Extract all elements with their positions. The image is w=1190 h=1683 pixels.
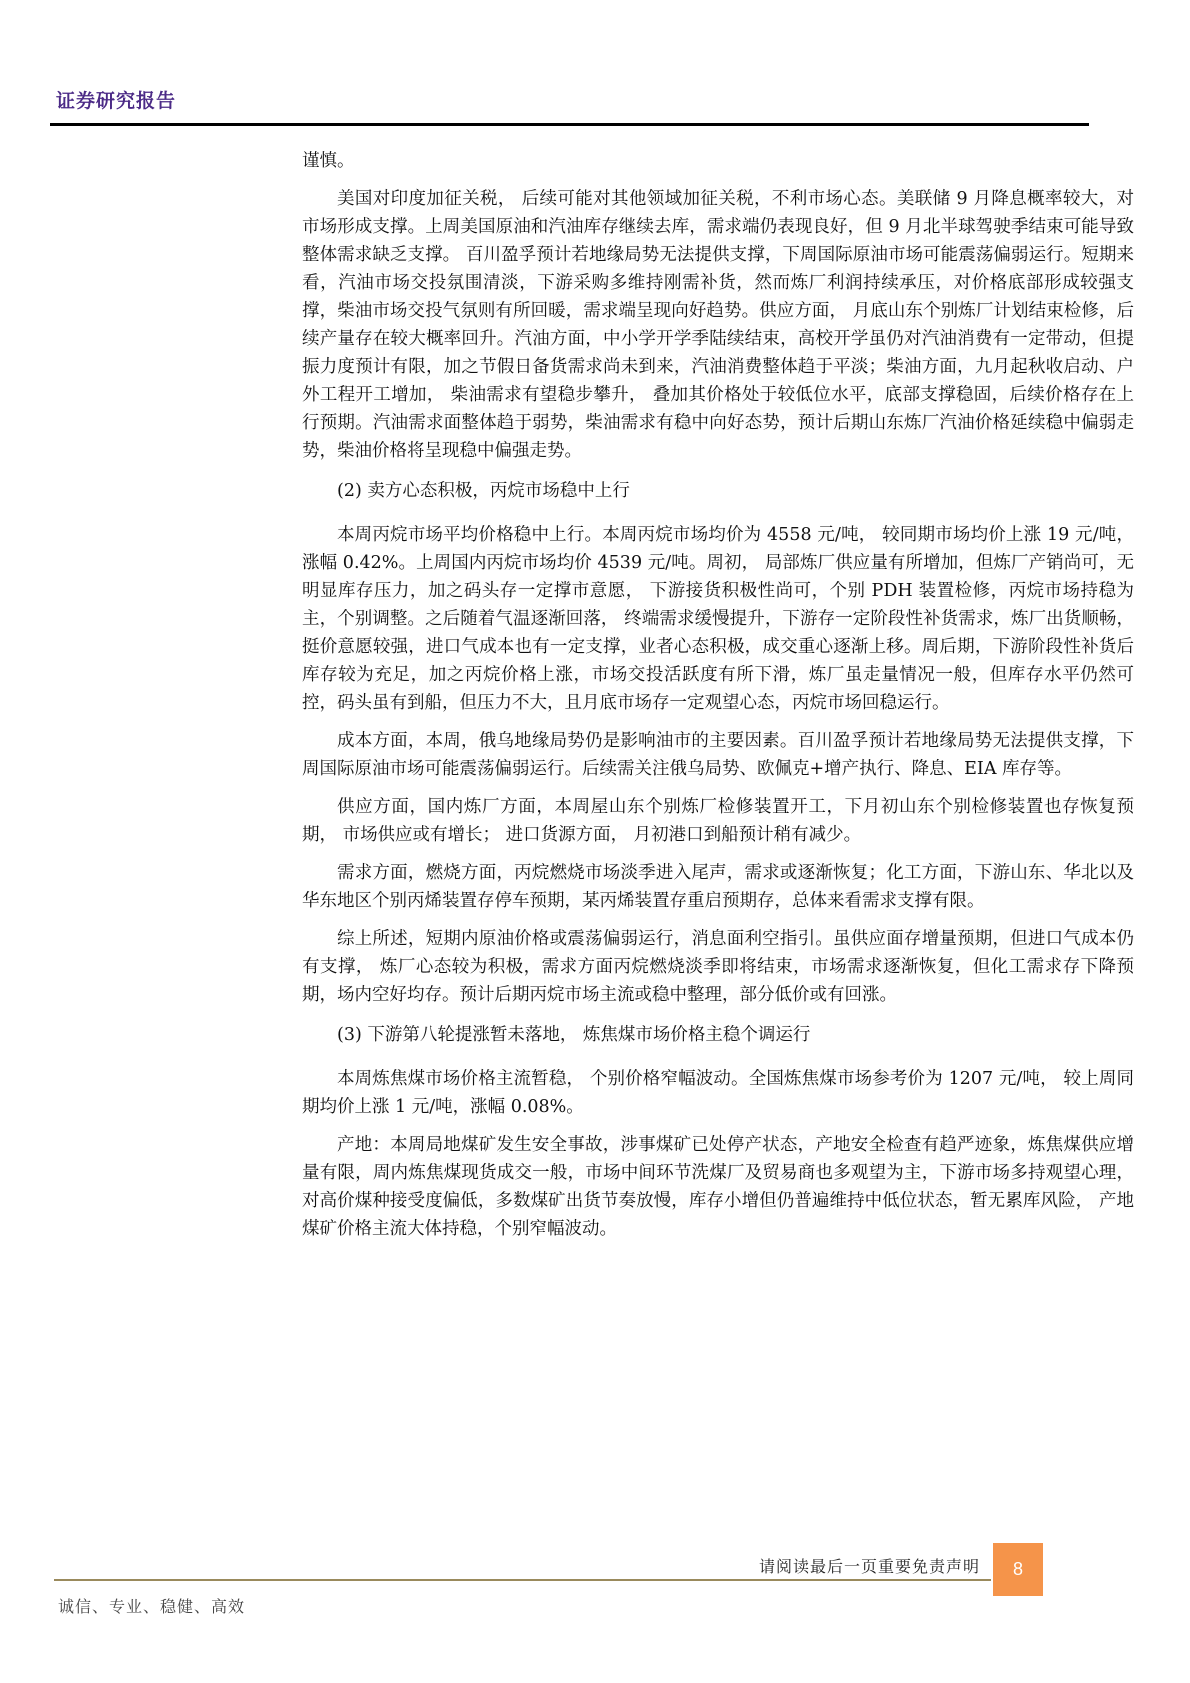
paragraph: 供应方面，国内炼厂方面，本周屋山东个别炼厂检修装置开工，下月初山东个别检修装置也… bbox=[302, 793, 1134, 849]
page-number-badge: 8 bbox=[993, 1543, 1043, 1596]
footer-disclaimer: 请阅读最后一页重要免责声明 bbox=[759, 1554, 980, 1577]
paragraph: 本周丙烷市场平均价格稳中上行。本周丙烷市场均价为 4558 元/吨， 较同期市场… bbox=[302, 521, 1134, 717]
paragraph: 产地：本周局地煤矿发生安全事故，涉事煤矿已处停产状态，产地安全检查有趋严迹象，炼… bbox=[302, 1131, 1134, 1243]
section-heading: (3) 下游第八轮提涨暂未落地， 炼焦煤市场价格主稳个调运行 bbox=[302, 1021, 1134, 1049]
paragraph: 本周炼焦煤市场价格主流暂稳， 个别价格窄幅波动。全国炼焦煤市场参考价为 1207… bbox=[302, 1065, 1134, 1121]
paragraph: 谨慎。 bbox=[302, 147, 1134, 175]
paragraph: 成本方面，本周，俄乌地缘局势仍是影响油市的主要因素。百川盈孚预计若地缘局势无法提… bbox=[302, 727, 1134, 783]
paragraph: 需求方面，燃烧方面，丙烷燃烧市场淡季进入尾声，需求或逐渐恢复；化工方面，下游山东… bbox=[302, 859, 1134, 915]
paragraph: 综上所述，短期内原油价格或震荡偏弱运行，消息面利空指引。虽供应面存增量预期，但进… bbox=[302, 925, 1134, 1009]
footer-divider bbox=[54, 1579, 991, 1581]
section-heading: (2) 卖方心态积极，丙烷市场稳中上行 bbox=[302, 477, 1134, 505]
header-divider bbox=[50, 123, 1089, 126]
footer-motto: 诚信、专业、稳健、高效 bbox=[58, 1594, 245, 1617]
report-header-title: 证券研究报告 bbox=[56, 86, 176, 113]
paragraph: 美国对印度加征关税， 后续可能对其他领域加征关税，不利市场心态。美联储 9 月降… bbox=[302, 185, 1134, 465]
report-body: 谨慎。 美国对印度加征关税， 后续可能对其他领域加征关税，不利市场心态。美联储 … bbox=[302, 147, 1134, 1253]
